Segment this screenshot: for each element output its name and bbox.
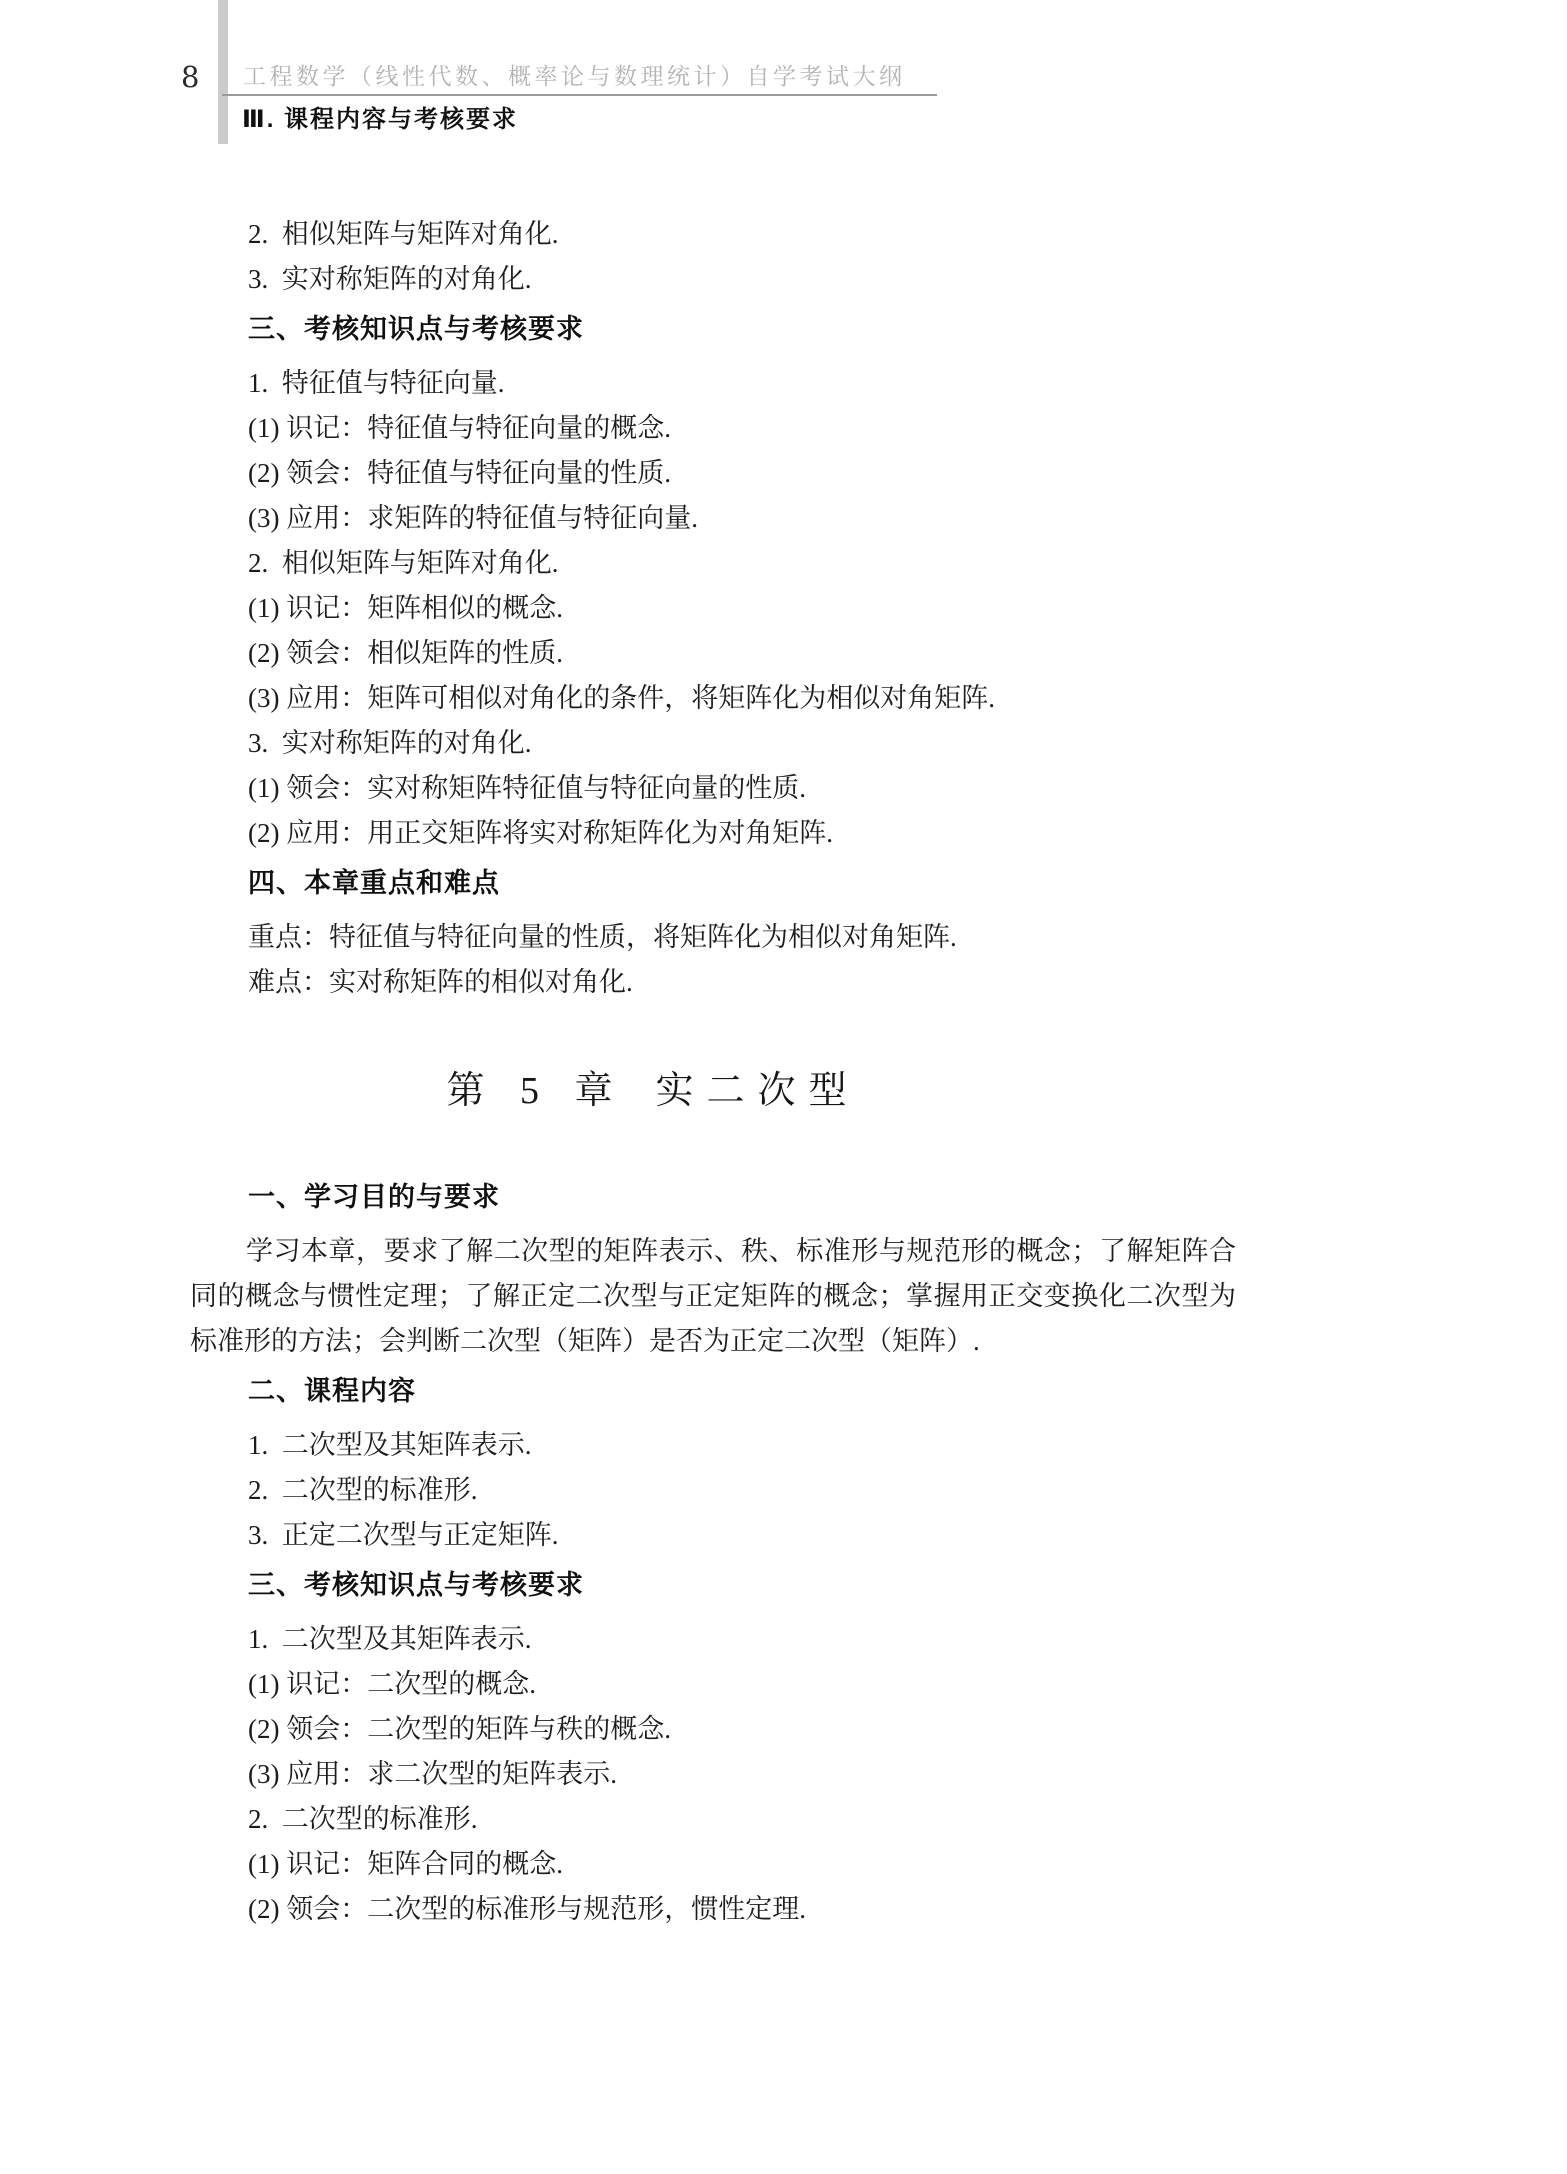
content-line-heading: 二、课程内容 — [190, 1369, 1236, 1414]
chapter-name: 实二次型 — [656, 1070, 860, 1112]
content-line-item: (2) 领会：特征值与特征向量的性质. — [190, 451, 1236, 496]
content-line-item: (1) 识记：二次型的概念. — [190, 1662, 1236, 1707]
section-header: Ⅲ. 课程内容与考核要求 — [242, 99, 518, 134]
content-line-item: 难点：实对称矩阵的相似对角化. — [190, 960, 1236, 1005]
content-line-item: 2. 二次型的标准形. — [190, 1797, 1236, 1842]
content-line-item: 1. 二次型及其矩阵表示. — [190, 1423, 1236, 1468]
margin-bar — [218, 0, 228, 144]
page: { "colors": { "running_title": "#b3b3b3"… — [0, 0, 1567, 2174]
content-line-item: 重点：特征值与特征向量的性质，将矩阵化为相似对角矩阵. — [190, 915, 1236, 960]
content-line-item: (2) 领会：二次型的矩阵与秩的概念. — [190, 1707, 1236, 1752]
content-line-heading: 三、考核知识点与考核要求 — [190, 1563, 1236, 1608]
running-title: 工程数学（线性代数、概率论与数理统计）自学考试大纲 — [243, 58, 906, 91]
content-line-item: 2. 相似矩阵与矩阵对角化. — [190, 212, 1236, 257]
content-line-item: 3. 正定二次型与正定矩阵. — [190, 1513, 1236, 1558]
content-line-item: (1) 识记：矩阵合同的概念. — [190, 1842, 1236, 1887]
content-line-item: (2) 领会：相似矩阵的性质. — [190, 631, 1236, 676]
content-line-item: 1. 特征值与特征向量. — [190, 361, 1236, 406]
page-number: 8 — [181, 60, 199, 94]
content-line-item: (1) 识记：矩阵相似的概念. — [190, 586, 1236, 631]
content-line-item: 2. 相似矩阵与矩阵对角化. — [190, 541, 1236, 586]
content-line-heading: 四、本章重点和难点 — [190, 861, 1236, 906]
content-line-item: 2. 二次型的标准形. — [190, 1468, 1236, 1513]
content-line-item: (3) 应用：求二次型的矩阵表示. — [190, 1752, 1236, 1797]
content-line-item: (2) 应用：用正交矩阵将实对称矩阵化为对角矩阵. — [190, 811, 1236, 856]
content-line-item: (1) 领会：实对称矩阵特征值与特征向量的性质. — [190, 766, 1236, 811]
chapter-title: 第 5 章实二次型 — [190, 1065, 1236, 1117]
content-line-item: (2) 领会：二次型的标准形与规范形，惯性定理. — [190, 1887, 1236, 1932]
page-content: 2. 相似矩阵与矩阵对角化.3. 实对称矩阵的对角化.三、考核知识点与考核要求1… — [190, 212, 1236, 1932]
content-line-item: (1) 识记：特征值与特征向量的概念. — [190, 406, 1236, 451]
chapter-number: 第 5 章 — [446, 1070, 625, 1112]
content-line-item: (3) 应用：矩阵可相似对角化的条件，将矩阵化为相似对角矩阵. — [190, 676, 1236, 721]
content-line-heading: 一、学习目的与要求 — [190, 1175, 1236, 1220]
content-line-heading: 三、考核知识点与考核要求 — [190, 307, 1236, 352]
content-line-item: 3. 实对称矩阵的对角化. — [190, 721, 1236, 766]
content-line-item: (3) 应用：求矩阵的特征值与特征向量. — [190, 496, 1236, 541]
chapter5-content-list: 一、学习目的与要求学习本章，要求了解二次型的矩阵表示、秩、标准形与规范形的概念；… — [190, 1175, 1236, 1932]
chapter4-content-list: 2. 相似矩阵与矩阵对角化.3. 实对称矩阵的对角化.三、考核知识点与考核要求1… — [190, 212, 1236, 1005]
content-line-item: 3. 实对称矩阵的对角化. — [190, 257, 1236, 302]
header-rule — [222, 94, 937, 96]
chapter-title-text: 第 5 章实二次型 — [446, 1065, 859, 1117]
content-line-paragraph: 学习本章，要求了解二次型的矩阵表示、秩、标准形与规范形的概念；了解矩阵合同的概念… — [190, 1229, 1236, 1364]
content-line-item: 1. 二次型及其矩阵表示. — [190, 1617, 1236, 1662]
